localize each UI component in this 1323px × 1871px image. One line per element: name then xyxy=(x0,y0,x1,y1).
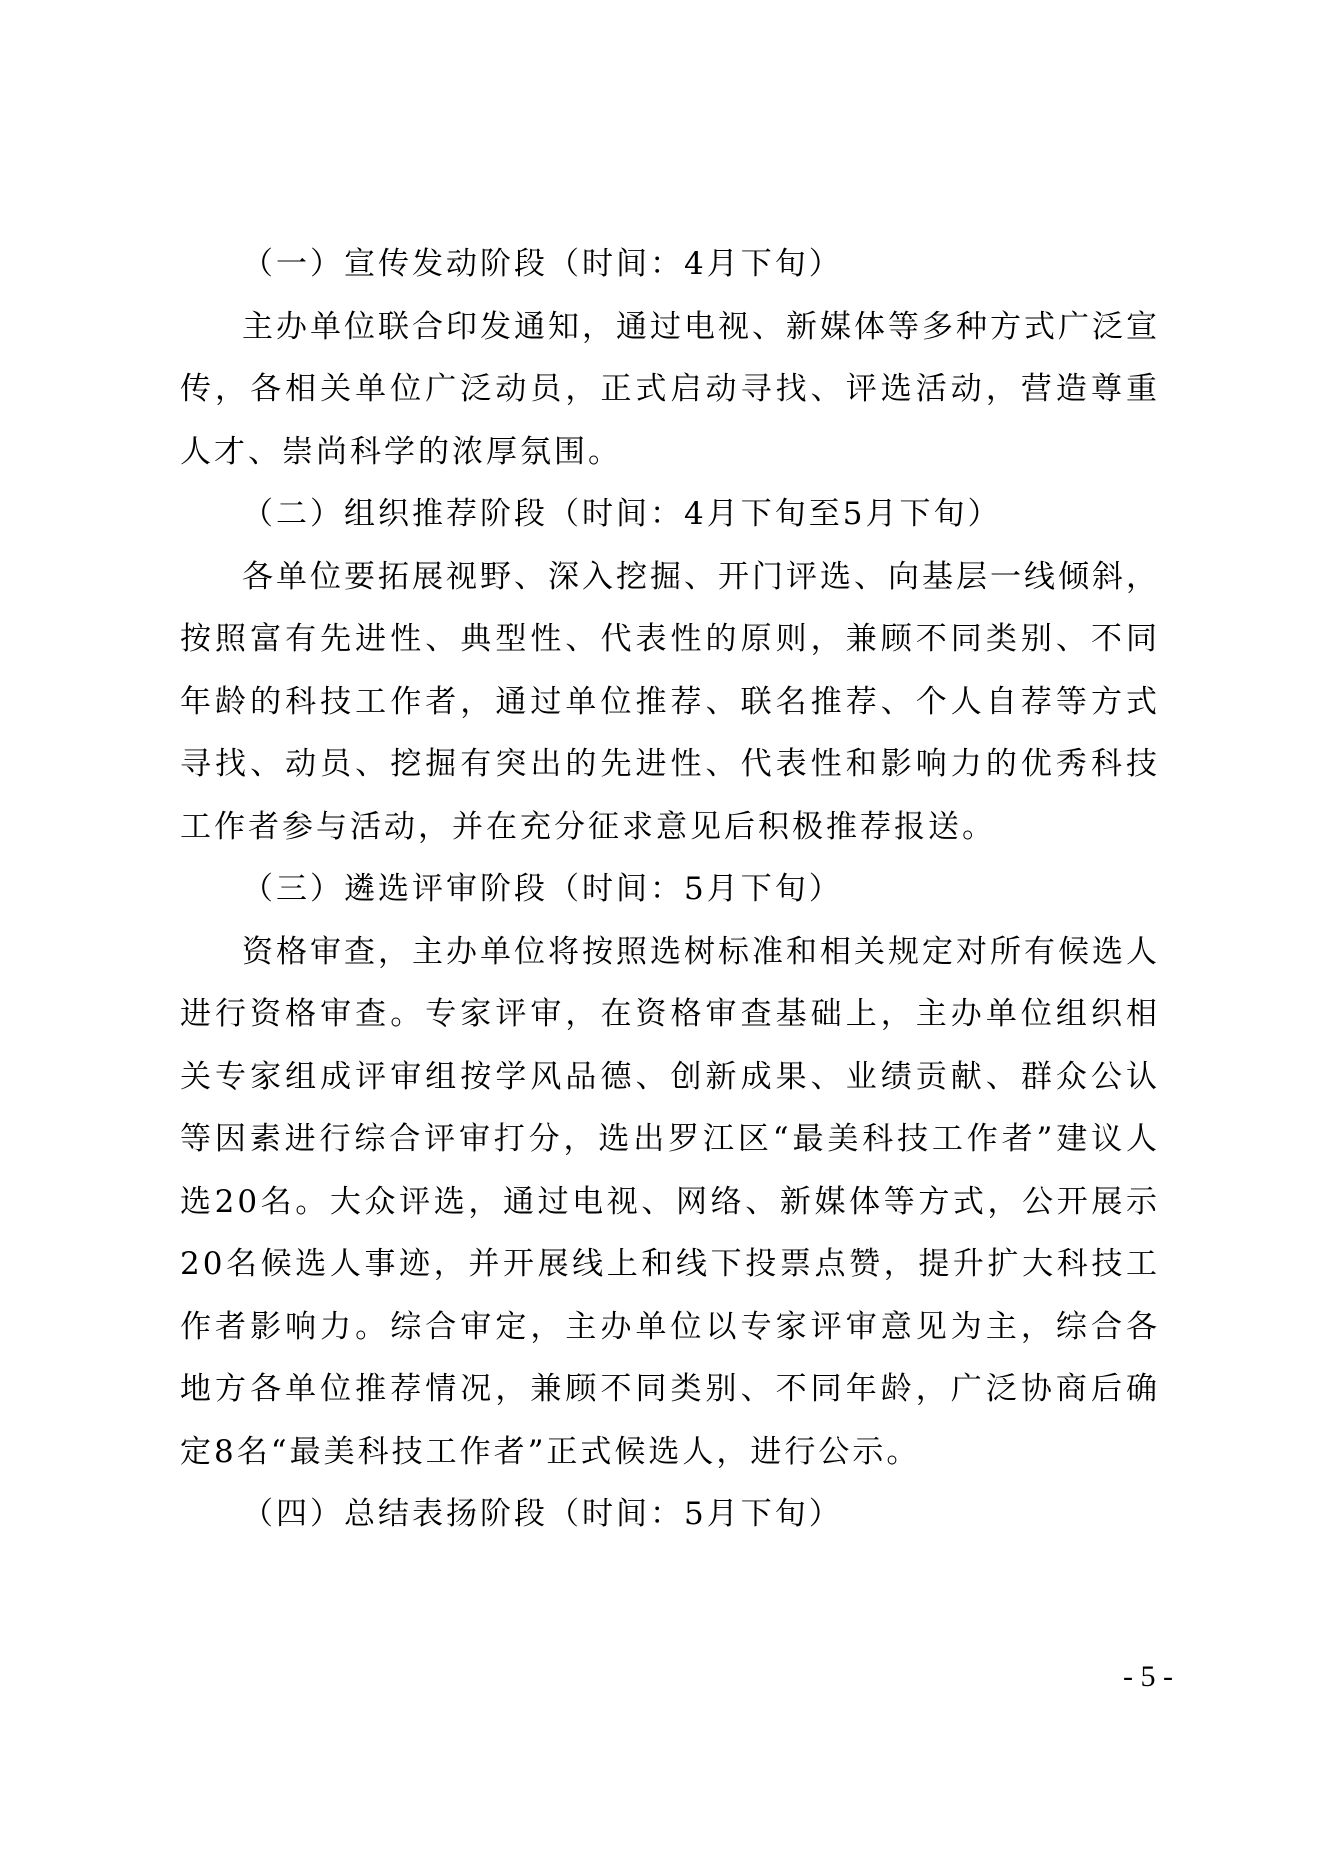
section-heading-4: （四）总结表扬阶段（时间：5月下旬） xyxy=(180,1483,1160,1546)
page-number: - 5 - xyxy=(1123,1660,1173,1694)
section-body-3: 资格审查，主办单位将按照选树标准和相关规定对所有候选人进行资格审查。专家评审，在… xyxy=(180,921,1160,1484)
section-heading-3: （三）遴选评审阶段（时间：5月下旬） xyxy=(180,858,1160,921)
section-body-2: 各单位要拓展视野、深入挖掘、开门评选、向基层一线倾斜，按照富有先进性、典型性、代… xyxy=(180,546,1160,859)
document-page: （一）宣传发动阶段（时间：4月下旬） 主办单位联合印发通知，通过电视、新媒体等多… xyxy=(180,233,1160,1546)
section-body-1: 主办单位联合印发通知，通过电视、新媒体等多种方式广泛宣传，各相关单位广泛动员，正… xyxy=(180,296,1160,484)
section-heading-2: （二）组织推荐阶段（时间：4月下旬至5月下旬） xyxy=(180,483,1160,546)
section-heading-1: （一）宣传发动阶段（时间：4月下旬） xyxy=(180,233,1160,296)
